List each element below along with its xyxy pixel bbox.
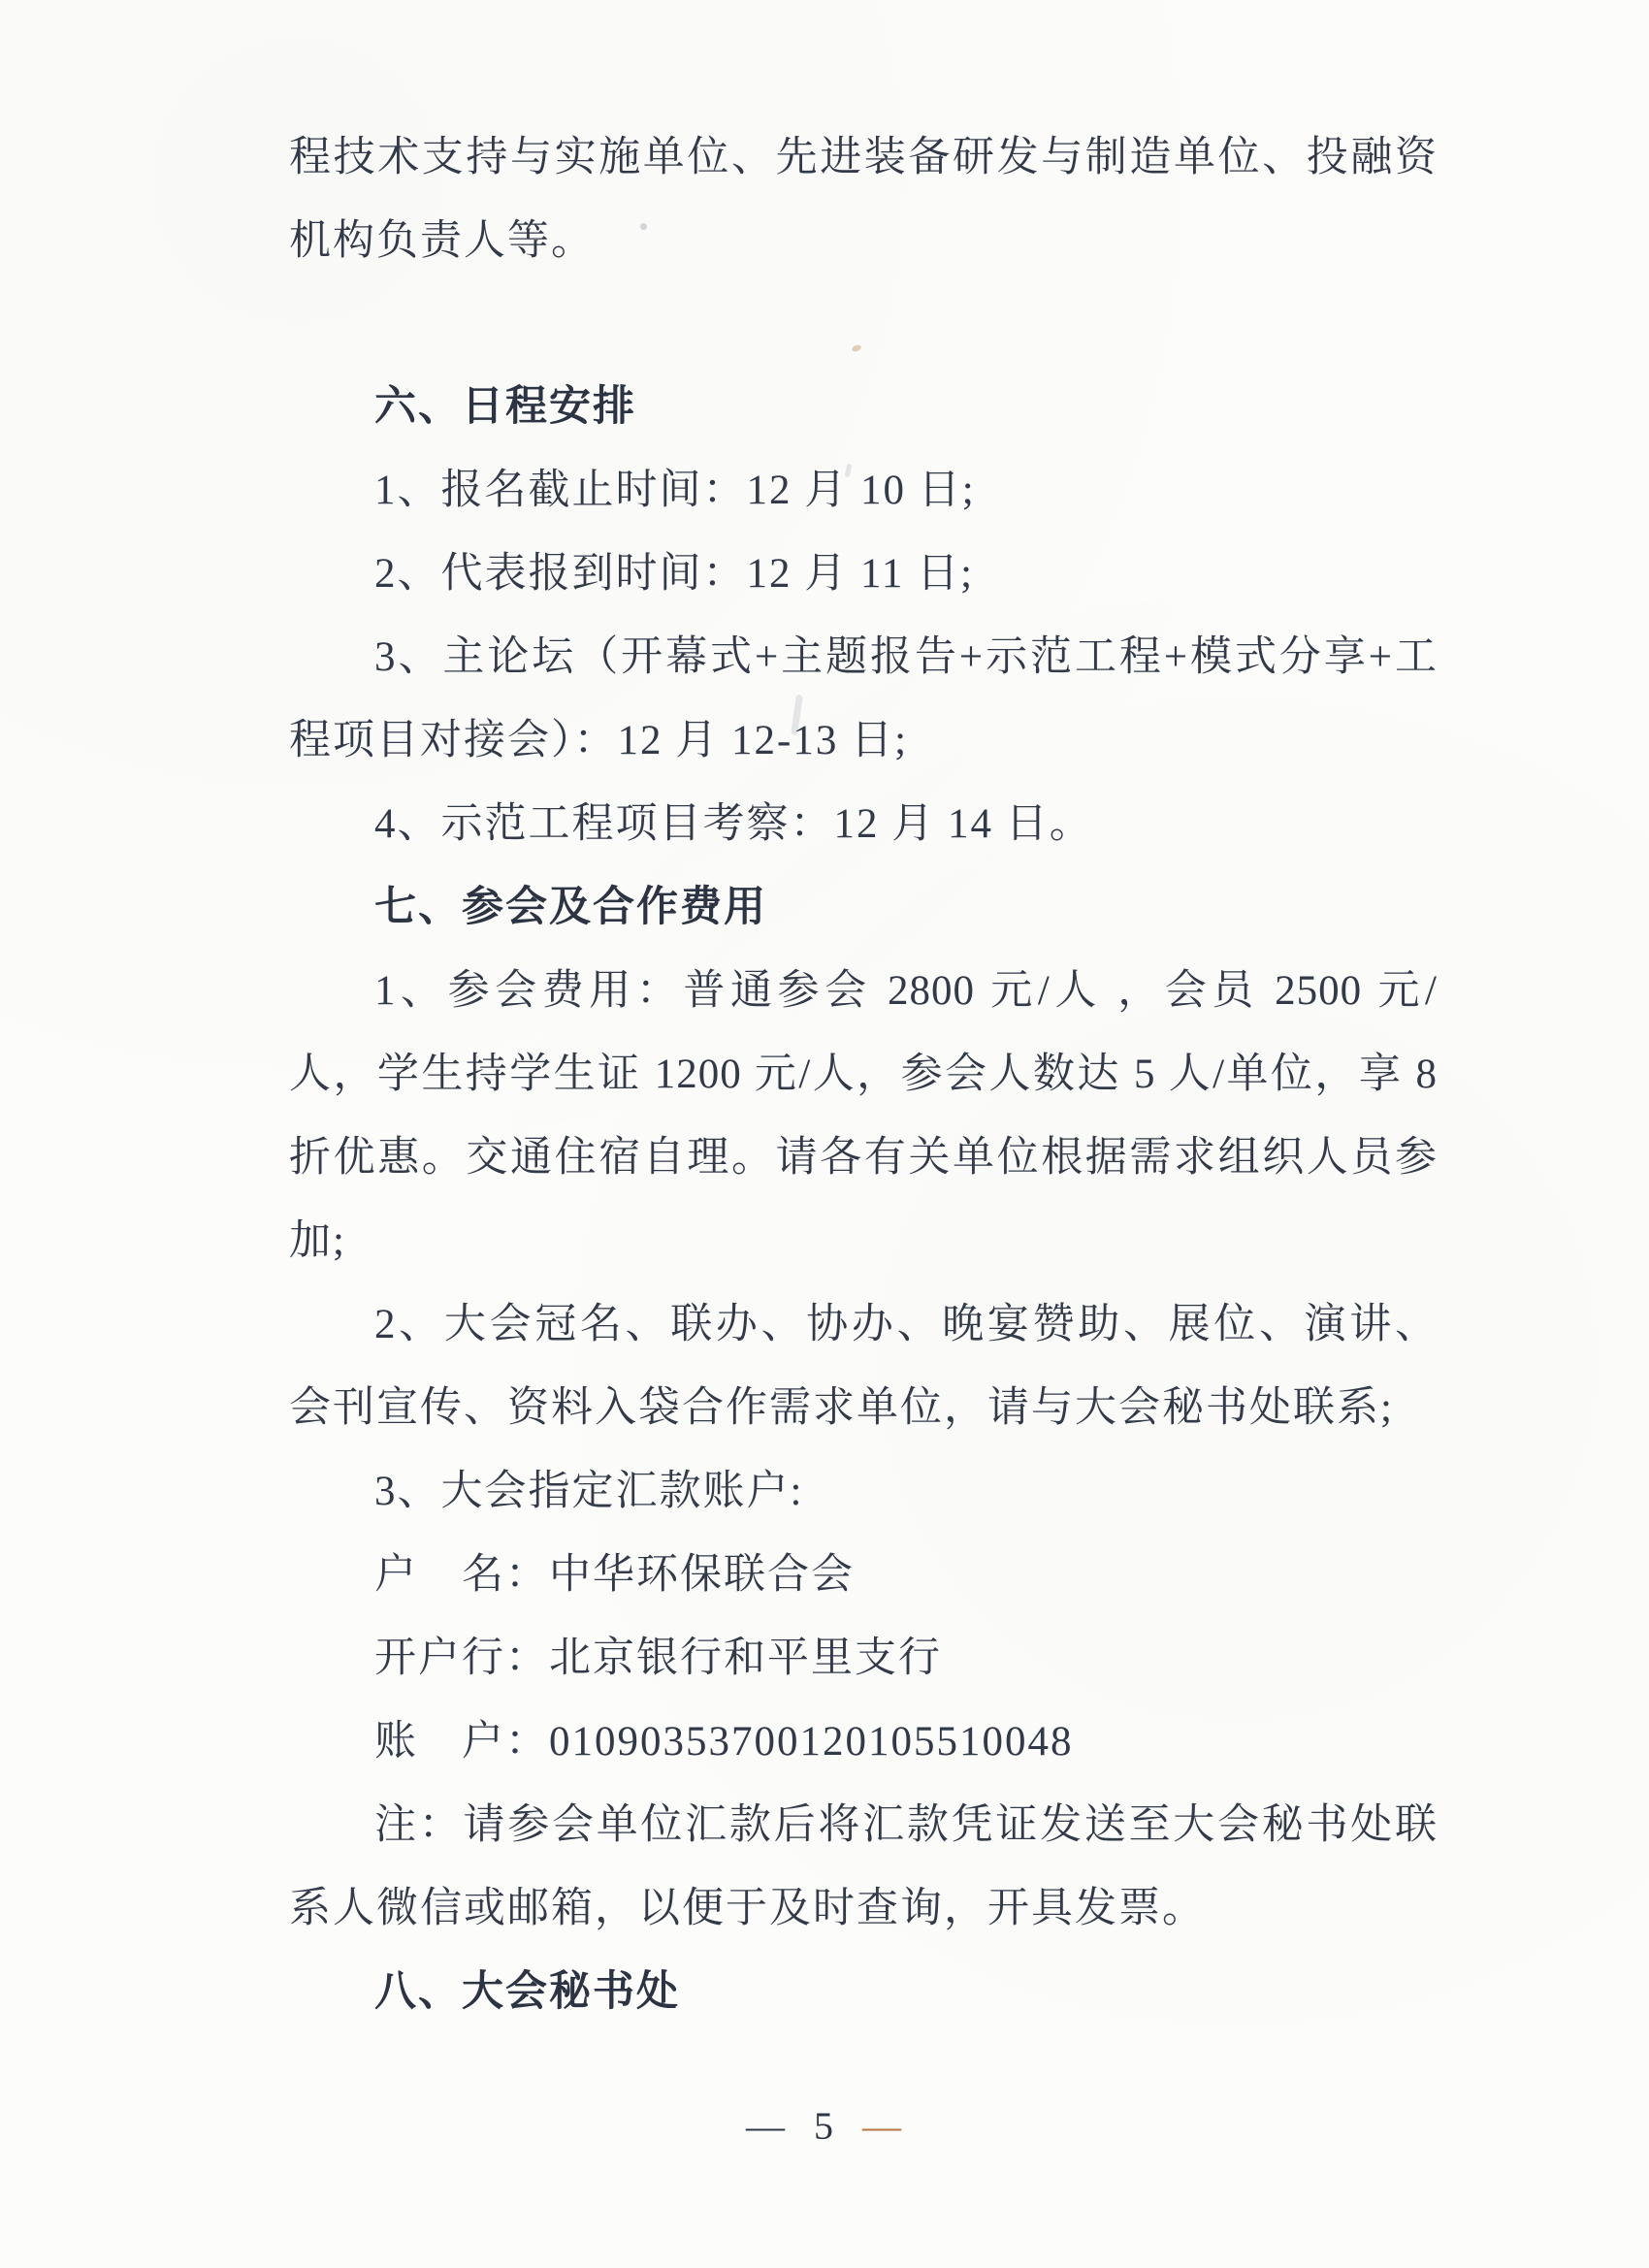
page-number: 5 bbox=[800, 2104, 849, 2148]
text-line: 七、参会及合作费用 bbox=[289, 866, 1438, 950]
text-line: 开户行：北京银行和平里支行 bbox=[289, 1617, 1438, 1701]
text-line: 3、大会指定汇款账户: bbox=[289, 1450, 1438, 1534]
text-line: 3、主论坛（开幕式+主题报告+示范工程+模式分享+工 bbox=[289, 616, 1438, 699]
text-line: 会刊宣传、资料入袋合作需求单位，请与大会秘书处联系; bbox=[289, 1367, 1438, 1450]
text-line: 2、大会冠名、联办、协办、晚宴赞助、展位、演讲、 bbox=[289, 1283, 1438, 1367]
text-line: 程技术支持与实施单位、先进装备研发与制造单位、投融资 bbox=[289, 116, 1438, 200]
text-line: 加; bbox=[289, 1200, 1438, 1283]
text-line: 人，学生持学生证 1200 元/人，参会人数达 5 人/单位，享 8 bbox=[289, 1033, 1438, 1117]
footer-dash-left: — bbox=[732, 2104, 800, 2148]
text-line: 账 户：01090353700120105510048 bbox=[289, 1701, 1438, 1784]
footer-dash-right: — bbox=[849, 2104, 917, 2148]
document-page: 程技术支持与实施单位、先进装备研发与制造单位、投融资机构负责人等。六、日程安排1… bbox=[0, 0, 1649, 2268]
text-line: 1、报名截止时间：12 月 10 日; bbox=[289, 449, 1438, 533]
text-line: 机构负责人等。 bbox=[289, 200, 1438, 283]
text-line: 系人微信或邮箱，以便于及时查询，开具发票。 bbox=[289, 1867, 1438, 1951]
text-line: 注：请参会单位汇款后将汇款凭证发送至大会秘书处联 bbox=[289, 1784, 1438, 1867]
document-body: 程技术支持与实施单位、先进装备研发与制造单位、投融资机构负责人等。六、日程安排1… bbox=[289, 116, 1438, 2034]
text-line: 八、大会秘书处 bbox=[289, 1951, 1438, 2034]
page-footer: —5— bbox=[0, 2103, 1649, 2150]
text-line: 六、日程安排 bbox=[289, 366, 1438, 449]
text-line: 户 名：中华环保联合会 bbox=[289, 1534, 1438, 1617]
text-line: 1、参会费用：普通参会 2800 元/人 ，会员 2500 元/ bbox=[289, 950, 1438, 1033]
text-line: 4、示范工程项目考察：12 月 14 日。 bbox=[289, 783, 1438, 866]
text-line: 折优惠。交通住宿自理。请各有关单位根据需求组织人员参 bbox=[289, 1117, 1438, 1200]
text-line: 2、代表报到时间：12 月 11 日; bbox=[289, 533, 1438, 616]
text-line: 程项目对接会）：12 月 12-13 日; bbox=[289, 699, 1438, 783]
